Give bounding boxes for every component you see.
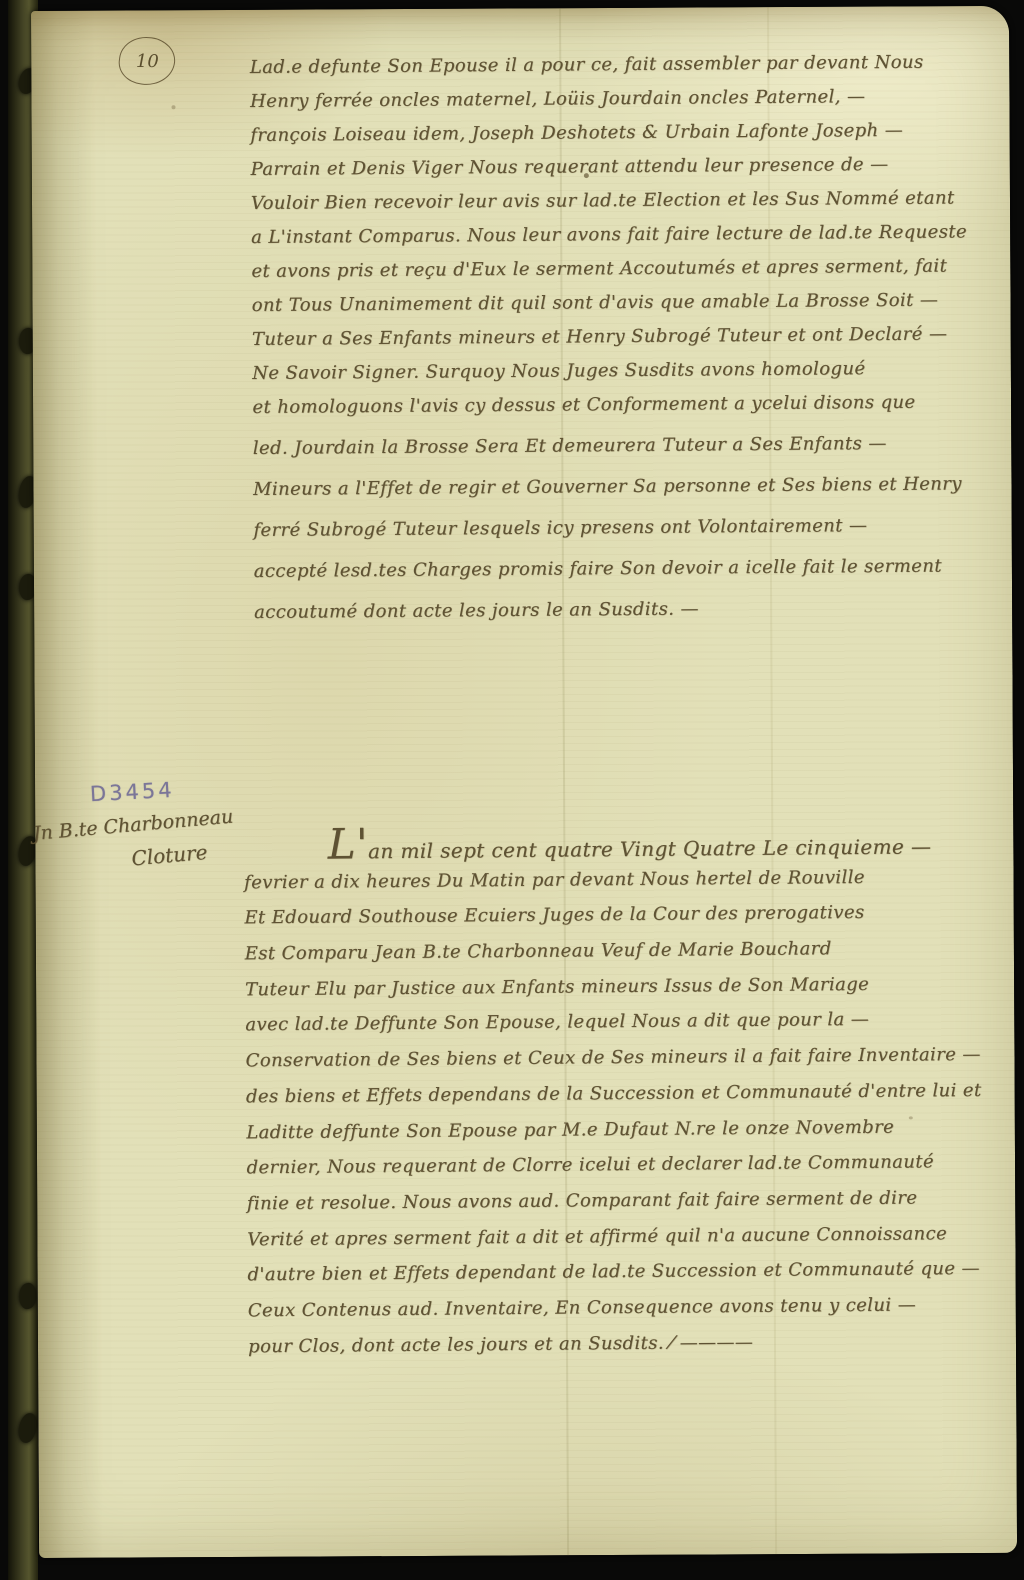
archival-stamp: D3454: [89, 778, 175, 806]
handwriting-line: led. Jourdain la Brosse Sera Et demeurer…: [253, 432, 1013, 479]
page-number: 10: [136, 51, 159, 72]
paragraph-1: Lad.e defunte Son Epouse il a pour ce, f…: [250, 51, 1015, 643]
handwriting-line: ferré Subrogé Tuteur lesquels icy presen…: [253, 514, 1013, 561]
handwriting-line: Mineurs a l'Effet de regir et Gouverner …: [253, 473, 1013, 520]
handwriting-line: accoutumé dont acte les jours le an Susd…: [254, 596, 1014, 643]
handwriting-line: et homologuons l'avis cy dessus et Confo…: [252, 391, 1012, 438]
handwriting-line: accepté lesd.tes Charges promis faire So…: [254, 555, 1014, 602]
ink-fleck: [171, 105, 175, 109]
handwriting-line: pour Clos, dont acte les jours et an Sus…: [248, 1329, 1014, 1371]
paragraph-2: L'an mil sept cent quatre Vingt Quatre L…: [244, 830, 1015, 1372]
manuscript-scan: 10 Lad.e defunte Son Epouse il a pour ce…: [0, 0, 1024, 1580]
